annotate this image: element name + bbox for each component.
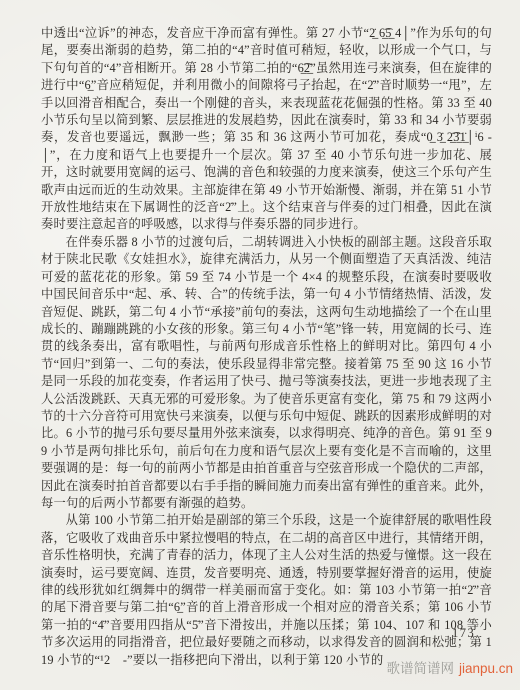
watermark-site-url: jianpu.cn bbox=[459, 661, 513, 676]
paragraph-subordinate-theme: 在伴奏乐器 8 小节的过渡句后，二胡转调进入小快板的副部主题。这段音乐取材于陕北… bbox=[41, 234, 492, 513]
paragraph-third-section: 从第 100 小节第二拍开始是副部的第三个乐段，这是一个旋律舒展的歌唱性段落，它… bbox=[41, 512, 492, 669]
watermark-site-name: 歌谱简谱网 bbox=[386, 661, 454, 676]
text-block: 中透出“泣诉”的神态，发音应干净而富有弹性。第 27 小节“2̲̇ 6̲͡5̲ … bbox=[41, 25, 492, 669]
page-number: 173 bbox=[452, 626, 475, 641]
book-page: 中透出“泣诉”的神态，发音应干净而富有弹性。第 27 小节“2̲̇ 6̲͡5̲ … bbox=[0, 0, 520, 690]
watermark: 歌谱简谱网jianpu.cn bbox=[386, 657, 513, 677]
paragraph-continuation: 中透出“泣诉”的神态，发音应干净而富有弹性。第 27 小节“2̲̇ 6̲͡5̲ … bbox=[41, 25, 492, 234]
